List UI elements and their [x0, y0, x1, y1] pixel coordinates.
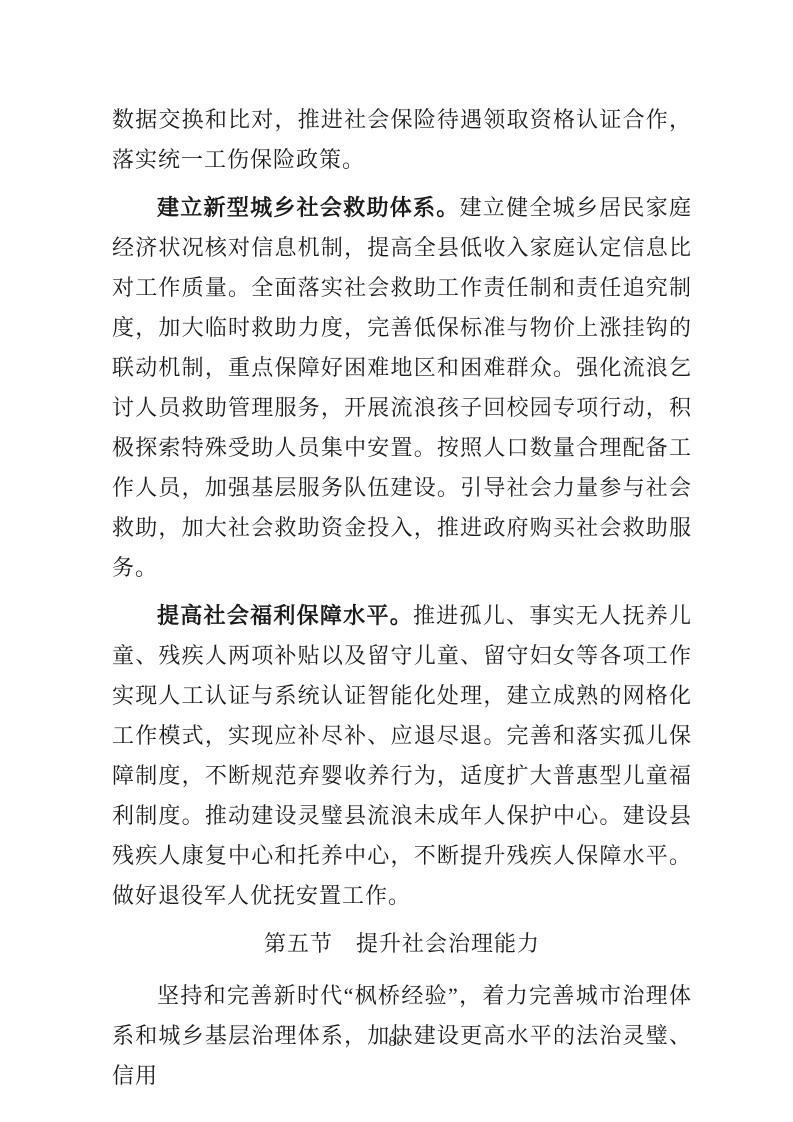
section-heading: 第五节 提升社会治理能力 — [112, 924, 692, 964]
document-page: 数据交换和比对，推进社会保险待遇领取资格认证合作，落实统一工伤保险政策。建立新型… — [0, 0, 793, 1122]
paragraph-lead-bold: 提高社会福利保障水平。 — [157, 603, 413, 628]
paragraph: 提高社会福利保障水平。推进孤儿、事实无人抚养儿童、残疾人两项补贴以及留守儿童、留… — [112, 596, 692, 916]
page-number: 80 — [0, 1034, 793, 1051]
paragraph-text: 推进孤儿、事实无人抚养儿童、残疾人两项补贴以及留守儿童、留守妇女等各项工作实现人… — [112, 603, 692, 908]
document-body: 数据交换和比对，推进社会保险待遇领取资格认证合作，落实统一工伤保险政策。建立新型… — [112, 100, 692, 1104]
paragraph: 数据交换和比对，推进社会保险待遇领取资格认证合作，落实统一工伤保险政策。 — [112, 100, 692, 180]
paragraph-text: 建立健全城乡居民家庭经济状况核对信息机制，提高全县低收入家庭认定信息比对工作质量… — [112, 195, 692, 580]
paragraph-text: 数据交换和比对，推进社会保险待遇领取资格认证合作，落实统一工伤保险政策。 — [112, 107, 692, 172]
paragraph-lead-bold: 建立新型城乡社会救助体系。 — [157, 195, 460, 220]
paragraph: 建立新型城乡社会救助体系。建立健全城乡居民家庭经济状况核对信息机制，提高全县低收… — [112, 188, 692, 588]
